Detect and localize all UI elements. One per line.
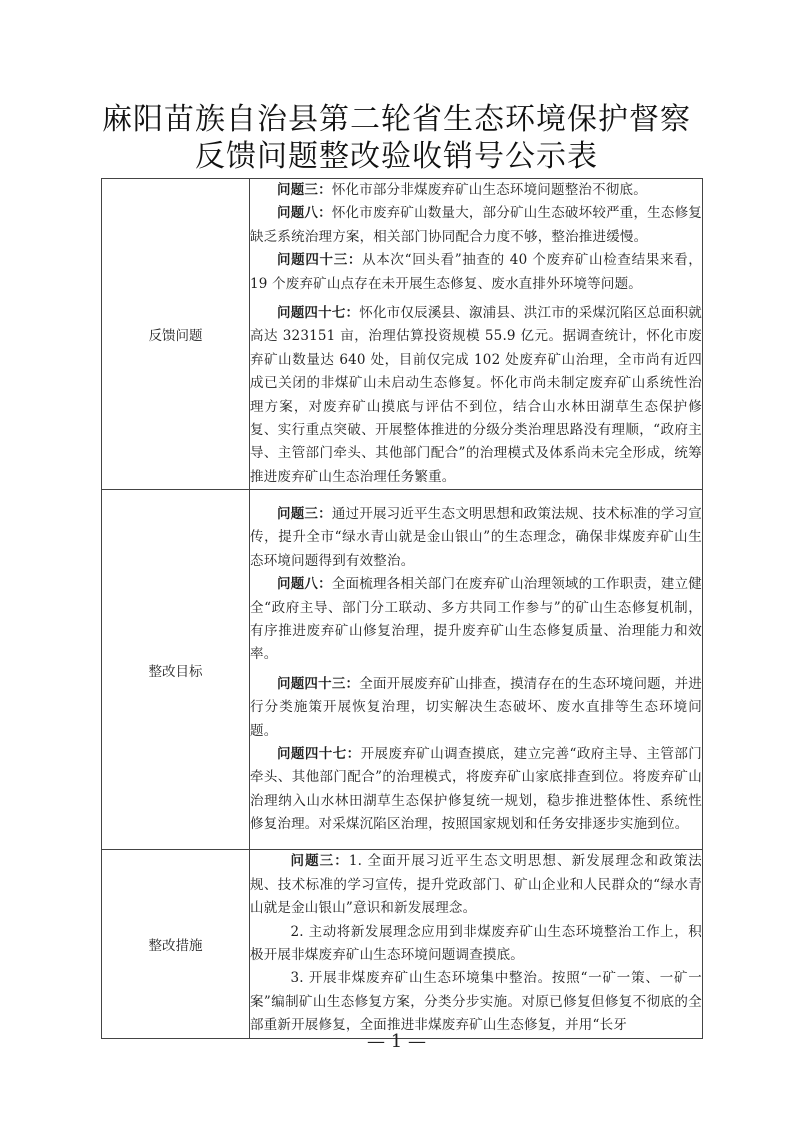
table-row-rectification-measures: 整改措施 问题三：1. 全面开展习近平生态文明思想、新发展理念和政策法规、技术标… <box>102 850 703 1038</box>
issue-lead: 问题八： <box>277 576 332 592</box>
rectification-table: 反馈问题 问题三：怀化市部分非煤废弃矿山生态环境问题整治不彻底。 问题八：怀化市… <box>101 178 703 1039</box>
issue-text: 怀化市仅辰溪县、溆浦县、洪江市的采煤沉陷区总面积就高达 323151 亩，治理估… <box>250 305 702 485</box>
row-label: 反馈问题 <box>102 179 250 490</box>
paragraph: 问题四十三：从本次“回头看”抽查的 40 个废弃矿山检查结果来看，19 个废弃矿… <box>250 249 702 296</box>
issue-lead: 问题四十七： <box>277 305 359 321</box>
paragraph: 3. 开展非煤废弃矿山生态环境集中整治。按照“一矿一策、一矿一案”编制矿山生态修… <box>250 967 702 1037</box>
table-row-feedback-issues: 反馈问题 问题三：怀化市部分非煤废弃矿山生态环境问题整治不彻底。 问题八：怀化市… <box>102 179 703 490</box>
paragraph: 问题八：怀化市废弃矿山数量大，部分矿山生态破坏较严重，生态修复缺乏系统治理方案，… <box>250 202 702 249</box>
table-row-rectification-goals: 整改目标 问题三：通过开展习近平生态文明思想和政策法规、技术标准的学习宣传，提升… <box>102 490 703 850</box>
paragraph: 2. 主动将新发展理念应用到非煤废弃矿山生态环境整治工作上，积极开展非煤废弃矿山… <box>250 921 702 968</box>
issue-lead: 问题八： <box>277 205 332 221</box>
issue-lead: 问题三： <box>291 853 349 869</box>
row-label: 整改目标 <box>102 490 250 850</box>
measure-text: 2. 主动将新发展理念应用到非煤废弃矿山生态环境整治工作上，积极开展非煤废弃矿山… <box>250 924 702 963</box>
paragraph: 问题三：1. 全面开展习近平生态文明思想、新发展理念和政策法规、技术标准的学习宣… <box>250 850 702 920</box>
issue-lead: 问题四十三： <box>277 676 359 692</box>
paragraph: 问题四十七：开展废弃矿山调查摸底，建立完善“政府主导、主管部门牵头、其他部门配合… <box>250 743 702 837</box>
paragraph: 问题四十七：怀化市仅辰溪县、溆浦县、洪江市的采煤沉陷区总面积就高达 323151… <box>250 302 702 489</box>
paragraph: 问题三：通过开展习近平生态文明思想和政策法规、技术标准的学习宣传，提升全市“绿水… <box>250 503 702 573</box>
row-label: 整改措施 <box>102 850 250 1038</box>
issue-lead: 问题三： <box>277 506 332 522</box>
measure-text: 3. 开展非煤废弃矿山生态环境集中整治。按照“一矿一策、一矿一案”编制矿山生态修… <box>250 970 702 1033</box>
issue-lead: 问题四十七： <box>277 746 361 762</box>
document-title-line-2: 反馈问题整改验收销号公示表 <box>0 138 793 176</box>
row-content: 问题三：通过开展习近平生态文明思想和政策法规、技术标准的学习宣传，提升全市“绿水… <box>250 490 703 850</box>
row-content: 问题三：怀化市部分非煤废弃矿山生态环境问题整治不彻底。 问题八：怀化市废弃矿山数… <box>250 179 703 490</box>
paragraph: 问题三：怀化市部分非煤废弃矿山生态环境问题整治不彻底。 <box>250 179 702 202</box>
issue-lead: 问题三： <box>277 182 332 198</box>
issue-lead: 问题四十三： <box>277 252 362 268</box>
row-content: 问题三：1. 全面开展习近平生态文明思想、新发展理念和政策法规、技术标准的学习宣… <box>250 850 703 1038</box>
paragraph: 问题四十三：全面开展废弃矿山排查，摸清存在的生态环境问题，并进行分类施策开展恢复… <box>250 673 702 743</box>
issue-text: 怀化市部分非煤废弃矿山生态环境问题整治不彻底。 <box>332 182 647 198</box>
paragraph: 问题八：全面梳理各相关部门在废弃矿山治理领域的工作职责，建立健全“政府主导、部门… <box>250 573 702 667</box>
page-number: — 1 — <box>0 1031 793 1052</box>
document-title-line-1: 麻阳苗族自治县第二轮省生态环境保护督察 <box>0 101 793 139</box>
